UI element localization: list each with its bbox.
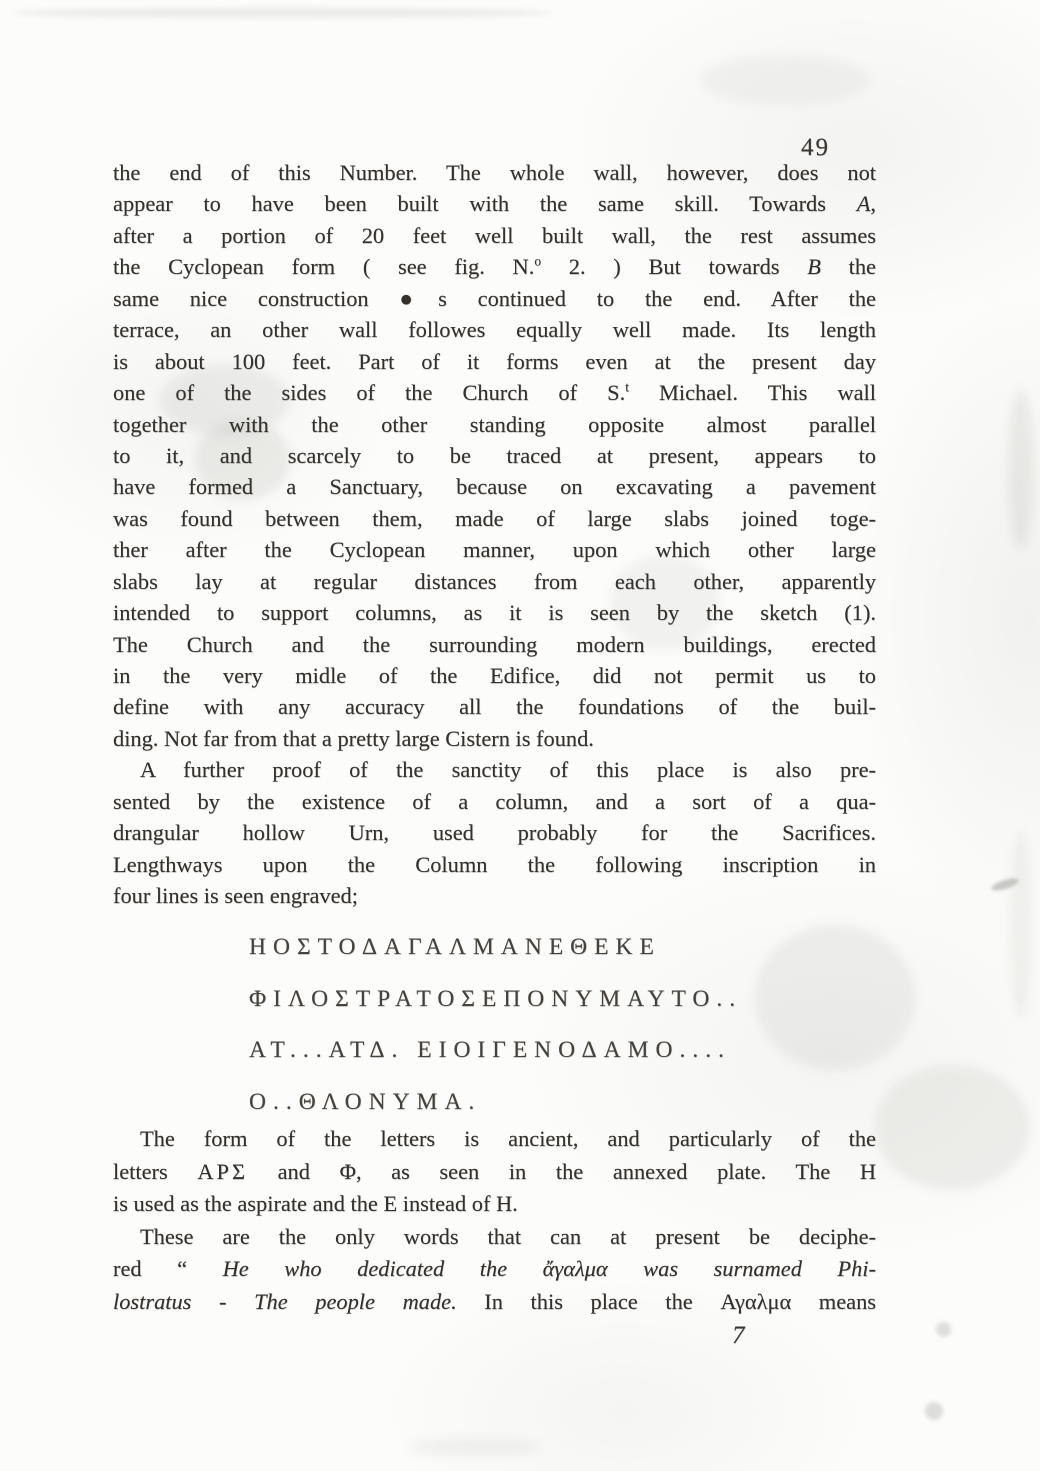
text-line: the Cyclopean form ( see fig. N.o 2. ) B… — [113, 251, 876, 282]
signature-number: 7 — [732, 1322, 745, 1350]
paper-stain — [925, 1402, 943, 1420]
text-line: letters ΑΡΣ and Φ, as seen in the annexe… — [113, 1156, 876, 1189]
text-line: ding. Not far from that a pretty large C… — [113, 723, 876, 754]
paper-stain — [1010, 830, 1032, 1020]
main-text-block: the end of this Number. The whole wall, … — [113, 157, 876, 912]
paper-stain — [410, 1438, 540, 1456]
paper-stain — [1008, 390, 1034, 550]
text-line: These are the only words that can at pre… — [113, 1221, 876, 1254]
text-line: have formed a Sanctuary, because on exca… — [113, 471, 876, 502]
paper-stain — [755, 925, 915, 1070]
paper-stain — [875, 1065, 1030, 1190]
greek-inscription: ΗΟΣΤΟΔΑΓΑΛΜΑΝΕΘΕΚΕΦΙΛΟΣΤΡΑΤΟΣΕΠΟΝΥΜΑΥΤΟ.… — [249, 922, 742, 1129]
text-line: in the very midle of the Edifice, did no… — [113, 660, 876, 691]
text-line: is used as the aspirate and the E instea… — [113, 1188, 876, 1221]
text-line: drangular hollow Urn, used probably for … — [113, 817, 876, 848]
text-line: appear to have been built with the same … — [113, 188, 876, 219]
text-line: define with any accuracy all the foundat… — [113, 691, 876, 722]
inscription-line: Ο..ΘΛΟΝΥΜΑ. — [249, 1077, 742, 1129]
text-line: The Church and the surrounding modern bu… — [113, 629, 876, 660]
paper-stain — [990, 876, 1019, 893]
text-line: slabs lay at regular distances from each… — [113, 566, 876, 597]
inscription-line: ΦΙΛΟΣΤΡΑΤΟΣΕΠΟΝΥΜΑΥΤΟ.. — [249, 974, 742, 1026]
inscription-line: ΑΤ...ΑΤΔ. ΕΙΟΙΓΕΝΟΔΑΜΟ.... — [249, 1025, 742, 1077]
text-line: to it, and scarcely to be traced at pres… — [113, 440, 876, 471]
text-line: red “ He who dedicated the ἄγαλμα was su… — [113, 1253, 876, 1286]
text-line: is about 100 feet. Part of it forms even… — [113, 346, 876, 377]
text-line: terrace, an other wall followes equally … — [113, 314, 876, 345]
text-line: sented by the existence of a column, and… — [113, 786, 876, 817]
paper-stain — [700, 55, 870, 105]
paper-stain — [12, 8, 552, 18]
text-line: intended to support columns, as it is se… — [113, 597, 876, 628]
text-line: was found between them, made of large sl… — [113, 503, 876, 534]
text-line: four lines is seen engraved; — [113, 880, 876, 911]
text-line: ther after the Cyclopean manner, upon wh… — [113, 534, 876, 565]
text-line: same nice construction ●s continued to t… — [113, 283, 876, 314]
inscription-line: ΗΟΣΤΟΔΑΓΑΛΜΑΝΕΘΕΚΕ — [249, 922, 742, 974]
text-line: one of the sides of the Church of S.t Mi… — [113, 377, 876, 408]
text-line: lostratus - The people made. In this pla… — [113, 1286, 876, 1319]
text-line: the end of this Number. The whole wall, … — [113, 157, 876, 188]
text-line: together with the other standing opposit… — [113, 409, 876, 440]
scanned-book-page: { "page": { "number": "49", "signature":… — [0, 0, 1040, 1471]
text-line: Lengthways upon the Column the following… — [113, 849, 876, 880]
lower-text-block: The form of the letters is ancient, and … — [113, 1123, 876, 1319]
text-line: A further proof of the sanctity of this … — [113, 754, 876, 785]
text-line: after a portion of 20 feet well built wa… — [113, 220, 876, 251]
paper-stain — [936, 1322, 951, 1337]
text-line: The form of the letters is ancient, and … — [113, 1123, 876, 1156]
